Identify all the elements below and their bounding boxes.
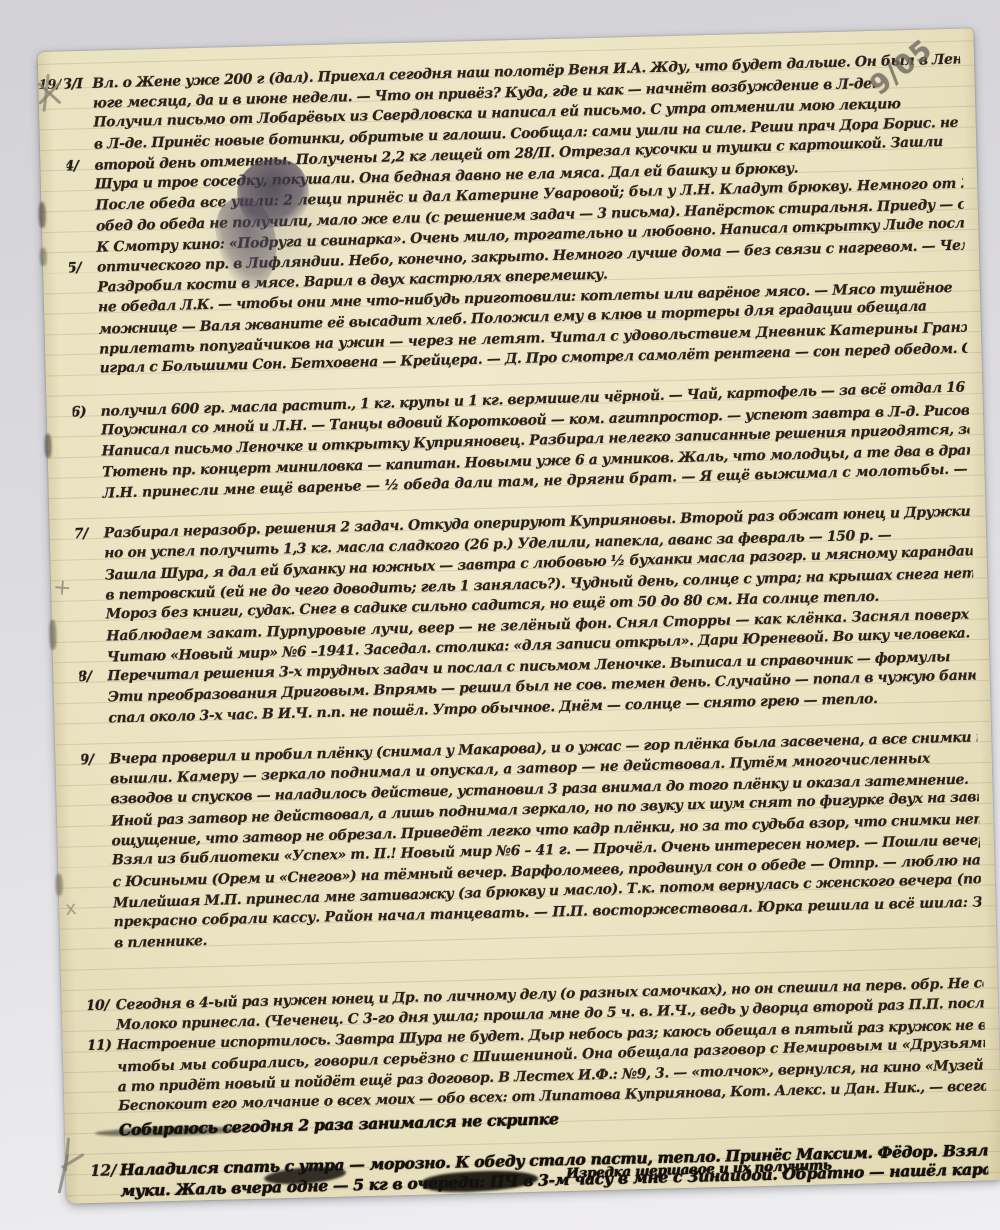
paragraph-number: 4/ [64,158,94,175]
handwritten-text: в пленнике. [114,933,207,951]
edge-ink-mark [40,248,47,266]
paragraph-number [83,896,113,897]
paragraph-number [90,1181,120,1182]
edge-ink-mark [49,620,57,650]
paragraph-number [86,1017,116,1018]
paragraph-number [79,732,109,733]
paragraph-number [69,341,99,342]
pencil-plus-mark: + [52,575,72,601]
paragraph-number [89,1120,119,1121]
paragraph-number [64,136,94,137]
paragraph-number [82,852,112,853]
paragraph-number [75,568,105,569]
paragraph-number [77,650,107,651]
paragraph-number: 7/ [74,526,104,543]
paragraph-number [66,218,96,219]
paragraph-number [84,956,114,957]
paragraph-number [64,115,93,116]
paragraph-number [78,710,108,711]
paragraph-number [65,176,95,177]
edge-ink-mark [38,202,46,228]
paragraph-number [72,464,102,465]
paragraph-number [68,299,98,300]
paragraph-number [80,791,110,792]
pencil-x-mark: x [64,897,77,920]
paragraph-number: 12/ [90,1160,120,1180]
edge-ink-mark [44,434,52,458]
photo-background: 3/IВл. о Жене уже 200 г (дал). Приехал с… [0,0,1000,1230]
paragraph-number [74,545,104,546]
edge-ink-mark [55,874,63,896]
paragraph-number [84,935,114,936]
paragraph-number: 11) [87,1037,117,1054]
paragraph-number [76,628,106,629]
paragraph-number [81,814,111,815]
paragraph-number [70,382,100,383]
paragraph-number [88,1079,118,1080]
paragraph-number [67,280,97,281]
paragraph-number [89,1141,119,1142]
paragraph-number [71,422,101,423]
manuscript-page: 3/IВл. о Жене уже 200 г (дал). Приехал с… [38,28,1000,1203]
paragraph-number [65,198,95,199]
paragraph-number: 9/ [79,751,109,768]
paragraph-number [80,771,110,772]
paragraph-number: 6) [70,404,100,421]
paragraph-number: 10/ [86,997,116,1014]
paragraph-number: 5/ [67,259,97,276]
paragraph-number [88,1098,118,1099]
paragraph-number [73,505,103,506]
paragraph-number [72,444,102,445]
paragraph-number [66,240,96,241]
paragraph-number [75,587,105,588]
paragraph-number [76,606,106,607]
paragraph-number [83,914,113,915]
paragraph-number [85,978,115,979]
paragraph-number [69,361,99,362]
paragraph-number [68,322,98,323]
paragraph-number [81,833,111,834]
paragraph-number [82,874,112,875]
paragraph-number [78,689,108,690]
paragraph-number [73,486,103,487]
paragraph-number: 8/ [77,668,107,685]
paragraph-number [87,1060,117,1061]
crossed-margin-note: 19/ [38,77,69,112]
